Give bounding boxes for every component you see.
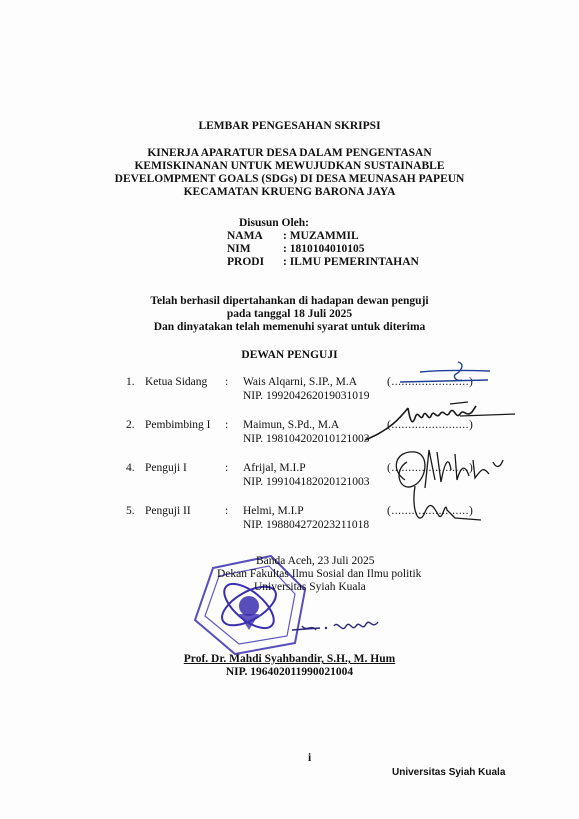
member-role: Penguji I — [145, 461, 187, 475]
member-nip: NIP. 198804272023211018 — [243, 518, 369, 532]
member-nip: NIP. 199204262019031019 — [243, 389, 370, 403]
author-row-name: NAMA: MUZAMMIL — [227, 230, 359, 243]
signature-line: (.......................) — [387, 504, 473, 518]
member-number: 1. — [126, 375, 135, 389]
thesis-title-line: DEVELOMPMENT GOALS (SDGs) DI DESA MEUNAS… — [0, 173, 579, 186]
member-role: Pembimbing I — [145, 418, 211, 432]
board-title: DEWAN PENGUJI — [0, 349, 579, 361]
author-key: NAMA — [227, 230, 283, 243]
member-colon: : — [225, 461, 228, 475]
member-number: 2. — [126, 418, 135, 432]
member-colon: : — [225, 504, 228, 518]
page-heading: LEMBAR PENGESAHAN SKRIPSI — [0, 120, 579, 132]
author-key: NIM — [227, 243, 283, 256]
dean-position: Dekan Fakultas Ilmu Sosial dan Ilmu poli… — [217, 568, 421, 581]
member-name: Helmi, M.I.P — [243, 504, 304, 518]
author-value: : 1810104010105 — [283, 243, 364, 255]
defense-line: pada tanggal 18 Juli 2025 — [0, 308, 579, 321]
dean-name: Prof. Dr. Mahdi Syahbandir, S.H., M. Hum — [0, 653, 579, 665]
signature-line: (.......................) — [387, 418, 473, 432]
author-label: Disusun Oleh: — [239, 217, 309, 229]
thesis-title: KINERJA APARATUR DESA DALAM PENGENTASAN … — [0, 147, 579, 199]
member-name: Wais Alqarni, S.IP., M.A — [243, 375, 357, 389]
page-number: i — [308, 752, 311, 764]
defense-line: Telah berhasil dipertahankan di hadapan … — [0, 295, 579, 308]
member-name: Maimun, S.Pd., M.A — [243, 418, 339, 432]
place-date: Banda Aceh, 23 Juli 2025 — [256, 555, 375, 568]
thesis-title-line: KEMISKINANAN UNTUK MEWUJUDKAN SUSTAINABL… — [0, 160, 579, 173]
author-value: : ILMU PEMERINTAHAN — [283, 256, 419, 268]
member-number: 5. — [126, 504, 135, 518]
author-key: PRODI — [227, 256, 283, 269]
author-value: : MUZAMMIL — [283, 230, 359, 242]
defense-line: Dan dinyatakan telah memenuhi syarat unt… — [0, 321, 579, 334]
defense-statement: Telah berhasil dipertahankan di hadapan … — [0, 295, 579, 334]
member-colon: : — [225, 418, 228, 432]
thesis-title-line: KECAMATAN KRUENG BARONA JAYA — [0, 186, 579, 199]
member-role: Ketua Sidang — [145, 375, 207, 389]
footer-institution: Universitas Syiah Kuala — [392, 767, 505, 778]
dean-name-text: Prof. Dr. Mahdi Syahbandir, S.H., M. Hum — [184, 653, 395, 665]
signature-line: (.......................) — [387, 461, 473, 475]
dean-signature-mark — [290, 612, 390, 642]
signature-line: (.......................) — [387, 375, 473, 389]
member-role: Penguji II — [145, 504, 191, 518]
member-colon: : — [225, 375, 228, 389]
dean-nip: NIP. 196402011990021004 — [0, 666, 579, 678]
institution-name: Universitas Syiah Kuala — [254, 581, 366, 594]
member-nip: NIP. 198104202010121003 — [243, 432, 370, 446]
thesis-title-line: KINERJA APARATUR DESA DALAM PENGENTASAN — [0, 147, 579, 160]
member-name: Afrijal, M.I.P — [243, 461, 306, 475]
author-row-nim: NIM: 1810104010105 — [227, 243, 364, 256]
member-number: 4. — [126, 461, 135, 475]
member-nip: NIP. 199104182020121003 — [243, 475, 370, 489]
author-row-prodi: PRODI: ILMU PEMERINTAHAN — [227, 256, 419, 269]
